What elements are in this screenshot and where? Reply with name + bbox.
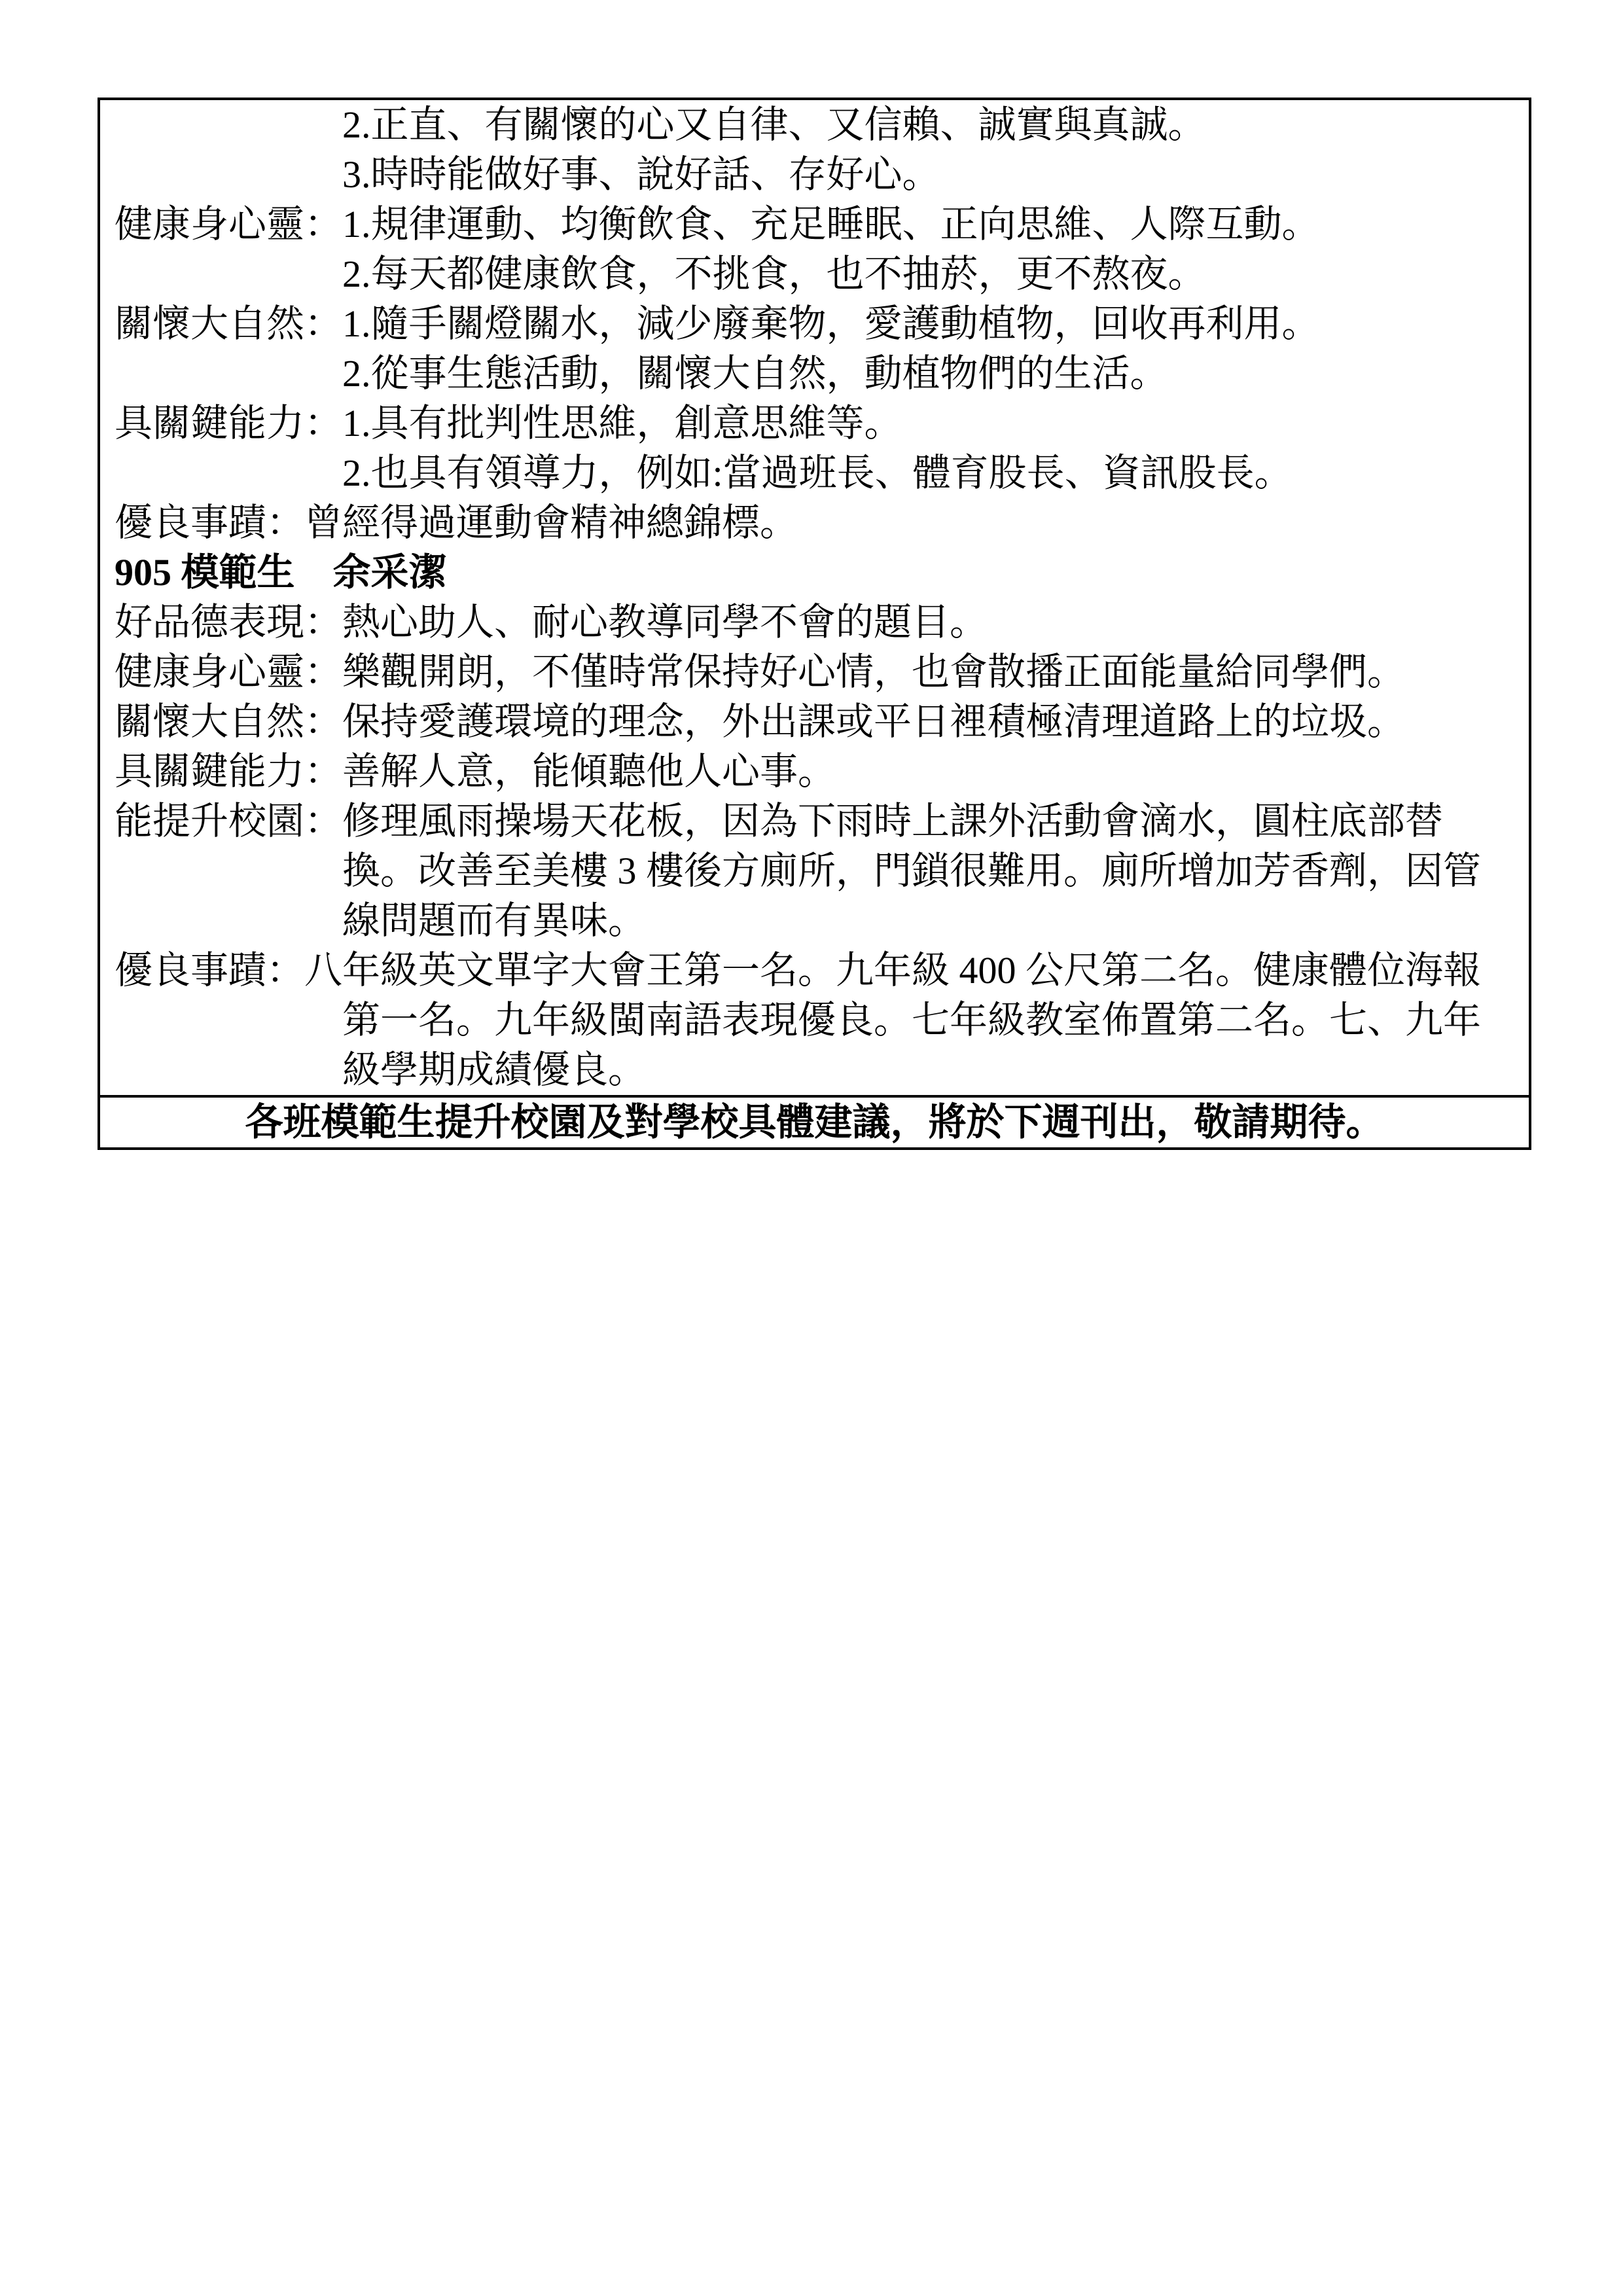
text-line: 線問題而有異味。	[115, 896, 1517, 946]
text-line: 優良事蹟：八年級英文單字大會王第一名。九年級 400 公尺第二名。健康體位海報	[115, 946, 1517, 996]
document-page: 2.正直、有關懷的心又自律、又信賴、誠實與真誠。 3.時時能做好事、說好話、存好…	[0, 0, 1623, 2296]
text-line: 級學期成績優良。	[115, 1045, 1517, 1095]
text-line: 2.從事生態活動，關懷大自然，動植物們的生活。	[115, 349, 1517, 399]
announcement-cell: 各班模範生提升校園及對學校具體建議，將於下週刊出，敬請期待。	[100, 1095, 1529, 1147]
text-line: 優良事蹟：曾經得過運動會精神總錦標。	[115, 498, 1517, 548]
text-line: 2.每天都健康飲食，不挑食，也不抽菸，更不熬夜。	[115, 249, 1517, 299]
model-students-table: 2.正直、有關懷的心又自律、又信賴、誠實與真誠。 3.時時能做好事、說好話、存好…	[98, 98, 1531, 1150]
text-line: 健康身心靈：樂觀開朗，不僅時常保持好心情，也會散播正面能量給同學們。	[115, 647, 1517, 697]
text-line: 換。改善至美樓 3 樓後方廁所，門鎖很難用。廁所增加芳香劑，因管	[115, 846, 1517, 896]
text-line: 具關鍵能力：1.具有批判性思維，創意思維等。	[115, 399, 1517, 448]
text-line: 具關鍵能力：善解人意，能傾聽他人心事。	[115, 747, 1517, 797]
student-heading-905: 905 模範生 余采潔	[115, 548, 1517, 598]
text-line: 2.也具有領導力，例如:當過班長、體育股長、資訊股長。	[115, 448, 1517, 498]
text-line: 關懷大自然：保持愛護環境的理念，外出課或平日裡積極清理道路上的垃圾。	[115, 697, 1517, 747]
text-line: 第一名。九年級閩南語表現優良。七年級教室佈置第二名。七、九年	[115, 996, 1517, 1045]
text-line: 3.時時能做好事、說好話、存好心。	[115, 150, 1517, 200]
footer-announcement: 各班模範生提升校園及對學校具體建議，將於下週刊出，敬請期待。	[245, 1098, 1383, 1147]
student-profiles-cell: 2.正直、有關懷的心又自律、又信賴、誠實與真誠。 3.時時能做好事、說好話、存好…	[100, 100, 1529, 1095]
text-line: 好品德表現：熱心助人、耐心教導同學不會的題目。	[115, 598, 1517, 647]
text-line: 關懷大自然：1.隨手關燈關水，減少廢棄物，愛護動植物，回收再利用。	[115, 299, 1517, 349]
text-line: 2.正直、有關懷的心又自律、又信賴、誠實與真誠。	[115, 100, 1517, 150]
text-line: 健康身心靈：1.規律運動、均衡飲食、充足睡眠、正向思維、人際互動。	[115, 200, 1517, 249]
text-line: 能提升校園：修理風雨操場天花板，因為下雨時上課外活動會滴水，圓柱底部替	[115, 797, 1517, 846]
